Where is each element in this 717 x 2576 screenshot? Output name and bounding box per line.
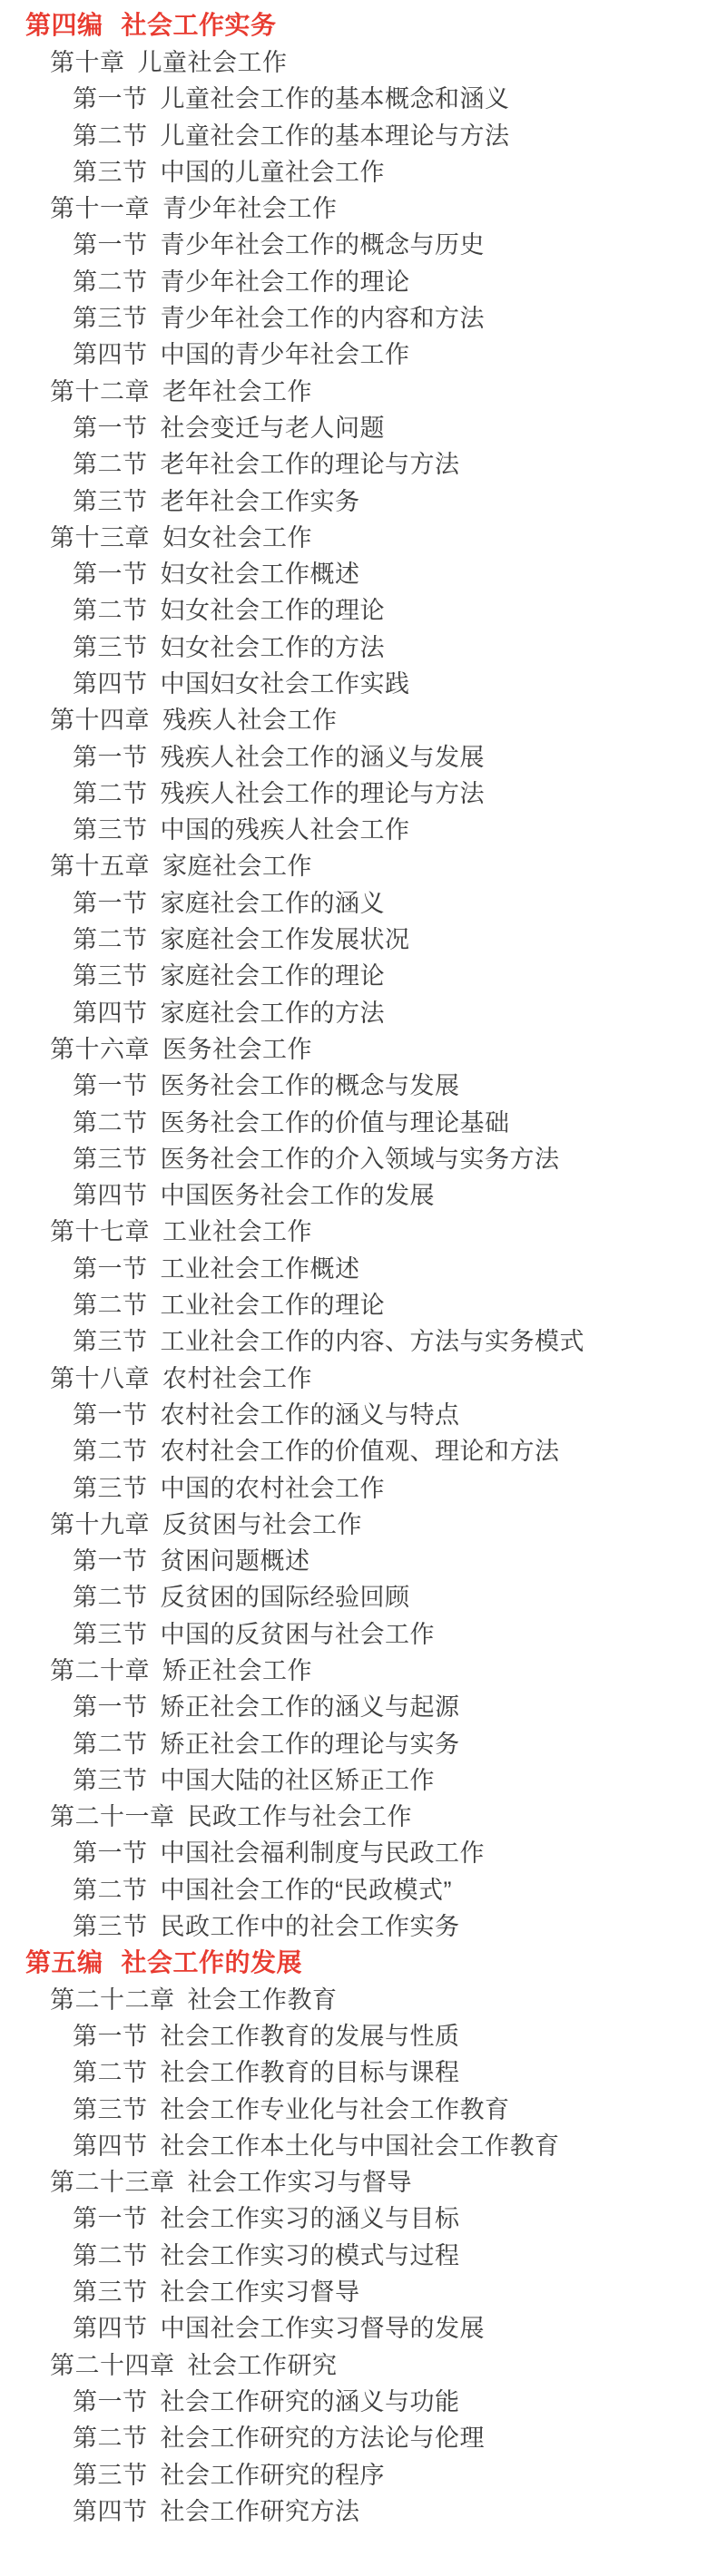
toc-section-row: 第一节 家庭社会工作的涵义 [0,883,717,919]
toc-entry-title: 中国的农村社会工作 [161,1469,386,1504]
toc-entry-title: 农村社会工作的涵义与特点 [161,1395,460,1430]
toc-section-row: 第三节 社会工作实习督导 [0,2271,717,2308]
toc-entry-number: 第一节 [73,2382,148,2417]
toc-entry-title: 中国的儿童社会工作 [161,152,386,188]
toc-entry-title: 社会工作的发展 [122,1943,303,1979]
toc-entry-number: 第一节 [73,2016,148,2052]
toc-section-row: 第一节 社会工作教育的发展与性质 [0,2015,717,2052]
toc-entry-title: 残疾人社会工作 [162,700,338,736]
toc-section-row: 第二节 反贫困的国际经验回顾 [0,1577,717,1614]
toc-entry-number: 第二十章 [50,1651,150,1686]
toc-section-row: 第二节 农村社会工作的价值观、理论和方法 [0,1431,717,1468]
toc-entry-title: 社会工作专业化与社会工作教育 [161,2090,510,2125]
toc-entry-title: 青少年社会工作的概念与历史 [161,225,486,260]
toc-section-row: 第二节 妇女社会工作的理论 [0,590,717,627]
toc-entry-number: 第十八章 [50,1359,150,1394]
toc-entry-number: 第二节 [73,1724,148,1760]
toc-entry-title: 社会工作研究方法 [161,2492,360,2527]
toc-chapter-row: 第十七章 工业社会工作 [0,1212,717,1248]
toc-entry-number: 第二节 [73,774,148,809]
toc-section-row: 第二节 青少年社会工作的理论 [0,261,717,298]
toc-entry-number: 第十六章 [50,1029,150,1065]
toc-entry-number: 第一节 [73,1687,148,1722]
toc-entry-number: 第一节 [73,79,148,114]
toc-chapter-row: 第十四章 残疾人社会工作 [0,700,717,737]
toc-entry-title: 社会变迁与老人问题 [161,408,386,444]
toc-section-row: 第二节 残疾人社会工作的理论与方法 [0,773,717,809]
toc-entry-title: 妇女社会工作的理论 [161,590,386,626]
toc-section-row: 第一节 贫困问题概述 [0,1540,717,1576]
toc-entry-number: 第一节 [73,883,148,919]
toc-entry-number: 第十三章 [50,518,150,553]
toc-entry-number: 第十四章 [50,700,150,736]
toc-section-row: 第三节 妇女社会工作的方法 [0,627,717,663]
toc-entry-number: 第三节 [73,482,148,517]
toc-chapter-row: 第十章 儿童社会工作 [0,42,717,78]
toc-section-row: 第三节 中国的儿童社会工作 [0,151,717,188]
toc-entry-title: 老年社会工作 [162,372,312,407]
toc-section-row: 第一节 农村社会工作的涵义与特点 [0,1394,717,1430]
toc-entry-number: 第三节 [73,628,148,663]
toc-entry-title: 医务社会工作 [162,1029,312,1065]
toc-entry-title: 社会工作教育 [188,1980,338,2015]
toc-entry-number: 第三节 [73,1907,148,1942]
toc-entry-number: 第二十四章 [50,2346,175,2381]
toc-entry-number: 第三节 [73,1139,148,1175]
toc-part-row: 第五编 社会工作的发展 [0,1943,717,1979]
toc-section-row: 第三节 中国的农村社会工作 [0,1468,717,1504]
toc-entry-number: 第二节 [73,2053,148,2088]
toc-chapter-row: 第二十章 矫正社会工作 [0,1650,717,1686]
toc-entry-number: 第二节 [73,920,148,955]
toc-section-row: 第二节 社会工作研究的方法论与伦理 [0,2418,717,2454]
toc-entry-title: 家庭社会工作的涵义 [161,883,386,919]
toc-entry-title: 社会工作研究 [188,2346,338,2381]
toc-entry-title: 工业社会工作的内容、方法与实务模式 [161,1322,585,1357]
toc-entry-number: 第二节 [73,262,148,298]
toc-entry-title: 农村社会工作的价值观、理论和方法 [161,1431,560,1467]
toc-section-row: 第二节 家庭社会工作发展状况 [0,919,717,955]
toc-entry-title: 工业社会工作的理论 [161,1285,386,1321]
toc-entry-number: 第三节 [73,2272,148,2308]
toc-entry-title: 妇女社会工作的方法 [161,628,386,663]
toc-entry-title: 中国的青少年社会工作 [161,335,410,370]
toc-entry-title: 社会工作教育的发展与性质 [161,2016,460,2052]
toc-section-row: 第一节 工业社会工作概述 [0,1248,717,1284]
toc-entry-title: 反贫困的国际经验回顾 [161,1577,410,1613]
toc-entry-title: 社会工作实习督导 [161,2272,360,2308]
toc-entry-number: 第三节 [73,1615,148,1650]
toc-entry-title: 医务社会工作的价值与理论基础 [161,1103,510,1138]
toc-entry-title: 残疾人社会工作的理论与方法 [161,774,486,809]
toc-entry-title: 社会工作研究的方法论与伦理 [161,2418,486,2454]
toc-entry-title: 中国大陆的社区矫正工作 [161,1761,436,1796]
toc-entry-number: 第一节 [73,225,148,260]
toc-entry-title: 家庭社会工作的方法 [161,993,386,1029]
toc-entry-number: 第二节 [73,1285,148,1321]
toc-entry-number: 第三节 [73,1469,148,1504]
toc-section-row: 第四节 中国医务社会工作的发展 [0,1176,717,1212]
toc-chapter-row: 第二十四章 社会工作研究 [0,2345,717,2381]
toc-entry-number: 第五编 [25,1943,103,1979]
toc-chapter-row: 第二十二章 社会工作教育 [0,1979,717,2015]
toc-entry-title: 矫正社会工作的理论与实务 [161,1724,460,1760]
toc-entry-title: 儿童社会工作 [138,43,288,78]
toc-entry-title: 老年社会工作实务 [161,482,360,517]
toc-entry-number: 第三节 [73,1322,148,1357]
toc-section-row: 第三节 民政工作中的社会工作实务 [0,1906,717,1942]
toc-entry-number: 第三节 [73,2455,148,2491]
toc-section-row: 第二节 中国社会工作的“民政模式” [0,1869,717,1906]
toc-entry-number: 第四节 [73,2492,148,2527]
toc-section-row: 第四节 中国社会工作实习督导的发展 [0,2308,717,2345]
toc-entry-title: 民政工作与社会工作 [188,1797,413,1832]
toc-entry-title: 贫困问题概述 [161,1541,310,1576]
toc-entry-title: 社会工作研究的涵义与功能 [161,2382,460,2417]
toc-entry-number: 第二十三章 [50,2162,175,2198]
toc-entry-title: 工业社会工作概述 [161,1249,360,1284]
toc-section-row: 第四节 中国妇女社会工作实践 [0,663,717,699]
toc-entry-title: 社会工作教育的目标与课程 [161,2053,460,2088]
toc-entry-number: 第一节 [73,408,148,444]
toc-entry-number: 第三节 [73,2090,148,2125]
toc-entry-number: 第一节 [73,1249,148,1284]
toc-entry-number: 第一节 [73,2199,148,2234]
toc-section-row: 第四节 社会工作本土化与中国社会工作教育 [0,2125,717,2161]
toc-entry-number: 第十五章 [50,846,150,882]
toc-entry-title: 中国妇女社会工作实践 [161,664,410,699]
toc-entry-title: 妇女社会工作 [162,518,312,553]
toc-section-row: 第三节 中国大陆的社区矫正工作 [0,1760,717,1796]
toc-entry-number: 第二节 [73,1577,148,1613]
toc-entry-number: 第三节 [73,956,148,991]
toc-section-row: 第四节 家庭社会工作的方法 [0,992,717,1029]
toc-entry-number: 第四节 [73,1176,148,1211]
toc-section-row: 第一节 中国社会福利制度与民政工作 [0,1833,717,1869]
toc-entry-number: 第一节 [73,1395,148,1430]
toc-entry-title: 青少年社会工作的理论 [161,262,410,298]
toc-entry-title: 农村社会工作 [162,1359,312,1394]
toc-section-row: 第二节 社会工作实习的模式与过程 [0,2235,717,2271]
toc-entry-number: 第二节 [73,590,148,626]
toc-entry-number: 第四节 [73,2126,148,2161]
toc-section-row: 第二节 工业社会工作的理论 [0,1284,717,1321]
toc-section-row: 第三节 工业社会工作的内容、方法与实务模式 [0,1322,717,1358]
toc-section-row: 第二节 儿童社会工作的基本理论与方法 [0,115,717,151]
toc-entry-number: 第二节 [73,1103,148,1138]
toc-entry-title: 矫正社会工作的涵义与起源 [161,1687,460,1722]
toc-entry-title: 儿童社会工作的基本概念和涵义 [161,79,510,114]
toc-entry-number: 第一节 [73,1541,148,1576]
toc-part-row: 第四编 社会工作实务 [0,5,717,42]
toc-entry-title: 妇女社会工作概述 [161,554,360,590]
toc-entry-title: 矫正社会工作 [162,1651,312,1686]
toc-entry-number: 第十一章 [50,189,150,224]
toc-entry-number: 第三节 [73,810,148,845]
toc-entry-title: 家庭社会工作的理论 [161,956,386,991]
toc-entry-number: 第四节 [73,664,148,699]
toc-section-row: 第二节 矫正社会工作的理论与实务 [0,1723,717,1760]
toc-section-row: 第四节 社会工作研究方法 [0,2491,717,2527]
toc-entry-number: 第二节 [73,2236,148,2271]
toc-entry-number: 第四编 [25,5,103,42]
toc-section-row: 第一节 矫正社会工作的涵义与起源 [0,1687,717,1723]
toc-chapter-row: 第二十一章 民政工作与社会工作 [0,1797,717,1833]
toc-section-row: 第二节 社会工作教育的目标与课程 [0,2053,717,2089]
toc-chapter-row: 第十一章 青少年社会工作 [0,188,717,224]
toc-entry-title: 中国社会工作实习督导的发展 [161,2308,486,2344]
toc-chapter-row: 第十八章 农村社会工作 [0,1358,717,1394]
toc-section-row: 第三节 老年社会工作实务 [0,481,717,517]
toc-entry-number: 第四节 [73,335,148,370]
toc-chapter-row: 第十二章 老年社会工作 [0,371,717,407]
toc-entry-title: 社会工作实习的模式与过程 [161,2236,460,2271]
toc-entry-title: 家庭社会工作发展状况 [161,920,410,955]
toc-section-row: 第一节 青少年社会工作的概念与历史 [0,225,717,261]
toc-section-row: 第一节 社会变迁与老人问题 [0,407,717,444]
toc-entry-number: 第十二章 [50,372,150,407]
toc-entry-number: 第十七章 [50,1212,150,1247]
toc-entry-number: 第一节 [73,1833,148,1869]
toc-chapter-row: 第十九章 反贫困与社会工作 [0,1504,717,1540]
toc-entry-number: 第十章 [50,43,125,78]
toc-entry-number: 第二节 [73,1870,148,1906]
toc-entry-number: 第一节 [73,554,148,590]
toc-section-row: 第一节 残疾人社会工作的涵义与发展 [0,737,717,773]
toc-entry-number: 第三节 [73,298,148,334]
toc-section-row: 第三节 中国的反贫困与社会工作 [0,1614,717,1650]
toc-entry-title: 社会工作实习的涵义与目标 [161,2199,460,2234]
toc-entry-title: 儿童社会工作的基本理论与方法 [161,116,510,151]
toc-entry-number: 第一节 [73,1066,148,1101]
toc-entry-title: 医务社会工作的介入领域与实务方法 [161,1139,560,1175]
toc-section-row: 第三节 社会工作研究的程序 [0,2454,717,2491]
toc-chapter-row: 第十五章 家庭社会工作 [0,846,717,883]
toc-entry-title: 老年社会工作的理论与方法 [161,444,460,480]
toc-entry-number: 第二节 [73,1431,148,1467]
toc-section-row: 第二节 老年社会工作的理论与方法 [0,444,717,481]
toc-chapter-row: 第二十三章 社会工作实习与督导 [0,2162,717,2199]
toc-entry-number: 第二十二章 [50,1980,175,2015]
toc-entry-title: 中国社会福利制度与民政工作 [161,1833,486,1869]
toc-section-row: 第三节 家庭社会工作的理论 [0,956,717,992]
toc-section-row: 第一节 社会工作实习的涵义与目标 [0,2199,717,2235]
toc-section-row: 第四节 中国的青少年社会工作 [0,335,717,371]
toc-entry-number: 第三节 [73,152,148,188]
toc-entry-number: 第三节 [73,1761,148,1796]
toc-entry-title: 反贫困与社会工作 [162,1505,362,1540]
toc-section-row: 第三节 医务社会工作的介入领域与实务方法 [0,1138,717,1175]
toc-section-row: 第一节 妇女社会工作概述 [0,553,717,590]
toc-entry-title: 社会工作研究的程序 [161,2455,386,2491]
toc-entry-number: 第二节 [73,2418,148,2454]
toc-entry-title: 中国的反贫困与社会工作 [161,1615,436,1650]
toc-entry-number: 第二节 [73,444,148,480]
toc-entry-title: 中国医务社会工作的发展 [161,1176,436,1211]
toc-section-row: 第二节 医务社会工作的价值与理论基础 [0,1102,717,1138]
toc-entry-title: 工业社会工作 [162,1212,312,1247]
toc-entry-title: 社会工作实务 [122,5,277,42]
toc-section-row: 第三节 社会工作专业化与社会工作教育 [0,2089,717,2125]
table-of-contents: 第四编 社会工作实务 第十章 儿童社会工作 第一节 儿童社会工作的基本概念和涵义… [0,0,717,2576]
toc-entry-number: 第一节 [73,737,148,773]
toc-entry-number: 第四节 [73,2308,148,2344]
toc-entry-number: 第十九章 [50,1505,150,1540]
toc-entry-title: 家庭社会工作 [162,846,312,882]
toc-section-row: 第一节 儿童社会工作的基本概念和涵义 [0,79,717,115]
toc-section-row: 第一节 医务社会工作的概念与发展 [0,1066,717,1102]
toc-entry-title: 中国的残疾人社会工作 [161,810,410,845]
toc-section-row: 第三节 中国的残疾人社会工作 [0,810,717,846]
toc-entry-title: 残疾人社会工作的涵义与发展 [161,737,486,773]
toc-entry-title: 青少年社会工作的内容和方法 [161,298,486,334]
toc-entry-title: 社会工作本土化与中国社会工作教育 [161,2126,560,2161]
toc-section-row: 第一节 社会工作研究的涵义与功能 [0,2381,717,2417]
toc-entry-title: 青少年社会工作 [162,189,338,224]
toc-entry-number: 第二节 [73,116,148,151]
toc-chapter-row: 第十三章 妇女社会工作 [0,517,717,553]
toc-chapter-row: 第十六章 医务社会工作 [0,1029,717,1065]
toc-entry-title: 民政工作中的社会工作实务 [161,1907,460,1942]
toc-entry-title: 中国社会工作的“民政模式” [161,1870,452,1906]
toc-section-row: 第三节 青少年社会工作的内容和方法 [0,298,717,334]
toc-entry-title: 社会工作实习与督导 [188,2162,413,2198]
toc-entry-number: 第四节 [73,993,148,1029]
toc-entry-number: 第二十一章 [50,1797,175,1832]
toc-entry-title: 医务社会工作的概念与发展 [161,1066,460,1101]
